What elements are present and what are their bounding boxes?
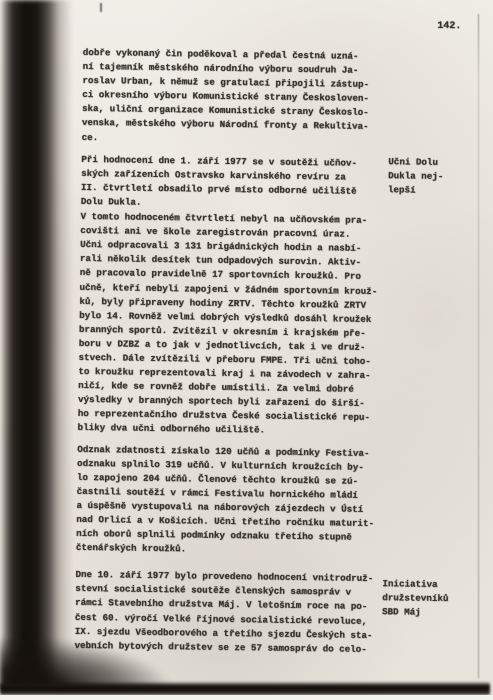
margin-note-ucni-dolu-dukla: Učni Dolu Dukla nej- lepší — [388, 155, 489, 199]
scan-binding-shadow-left — [0, 0, 78, 684]
margin-note-iniciativa-sbd-maj: Iniciativa družstevníků SBD Máj — [382, 577, 483, 621]
page-number: 142. — [437, 21, 461, 33]
page-bottom-margin — [0, 695, 493, 700]
scan-artifact-vertical-line — [478, 14, 479, 678]
paragraph-apprentice-results: V tomto hodnoceném čtvrtletí nebyl na uč… — [77, 210, 402, 440]
paragraph-dukla-first-place: Při hodnocení dne 1. září 1977 se v sout… — [81, 153, 404, 214]
body-text-column: dobře vykonaný čin poděkoval a předal če… — [74, 46, 404, 657]
scanned-document-page: 142. dobře vykonaný čin poděkoval a před… — [0, 0, 493, 700]
paragraph-honors-handover: dobře vykonaný čin poděkoval a předal če… — [82, 46, 405, 149]
paragraph-badges-culture: Odznak zdatnosti získalo 120 učňů a podm… — [76, 442, 400, 559]
scan-shadow-bottom-band — [0, 682, 490, 695]
scan-artifact-top-tick — [100, 3, 102, 12]
